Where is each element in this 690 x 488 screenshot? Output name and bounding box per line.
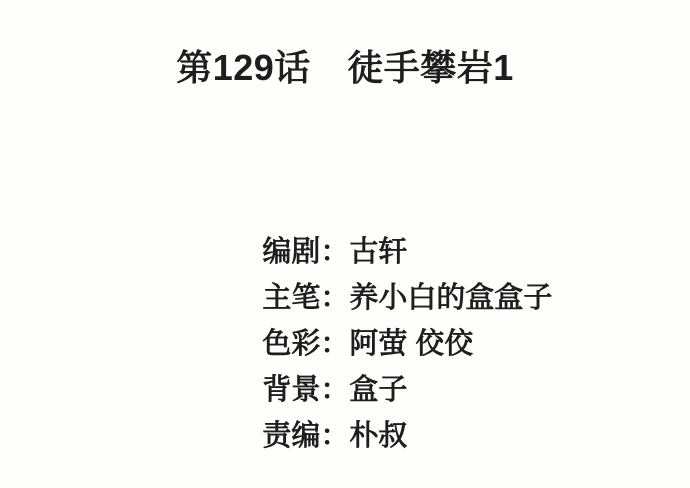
comic-title-page: 第129话 徒手攀岩1 编剧：古轩 主笔：养小白的盒盒子 色彩：阿萤 佼佼 背景…	[0, 0, 690, 488]
credit-person-name: 古轩	[349, 236, 407, 268]
chapter-title: 第129话 徒手攀岩1	[0, 48, 690, 88]
credit-person-name: 朴叔	[349, 420, 407, 452]
credit-role-label: 主笔：	[262, 282, 349, 314]
credit-role-label: 责编：	[262, 420, 349, 452]
credits-list: 编剧：古轩 主笔：养小白的盒盒子 色彩：阿萤 佼佼 背景：盒子 责编：朴叔	[214, 183, 552, 413]
credit-person-name: 阿萤 佼佼	[349, 328, 473, 360]
credit-role-label: 编剧：	[262, 236, 349, 268]
credit-role-label: 背景：	[262, 374, 349, 406]
credit-person-name: 养小白的盒盒子	[349, 282, 552, 314]
credit-row-screenwriter: 编剧：古轩	[214, 183, 552, 229]
credit-role-label: 色彩：	[262, 328, 349, 360]
credit-person-name: 盒子	[349, 374, 407, 406]
